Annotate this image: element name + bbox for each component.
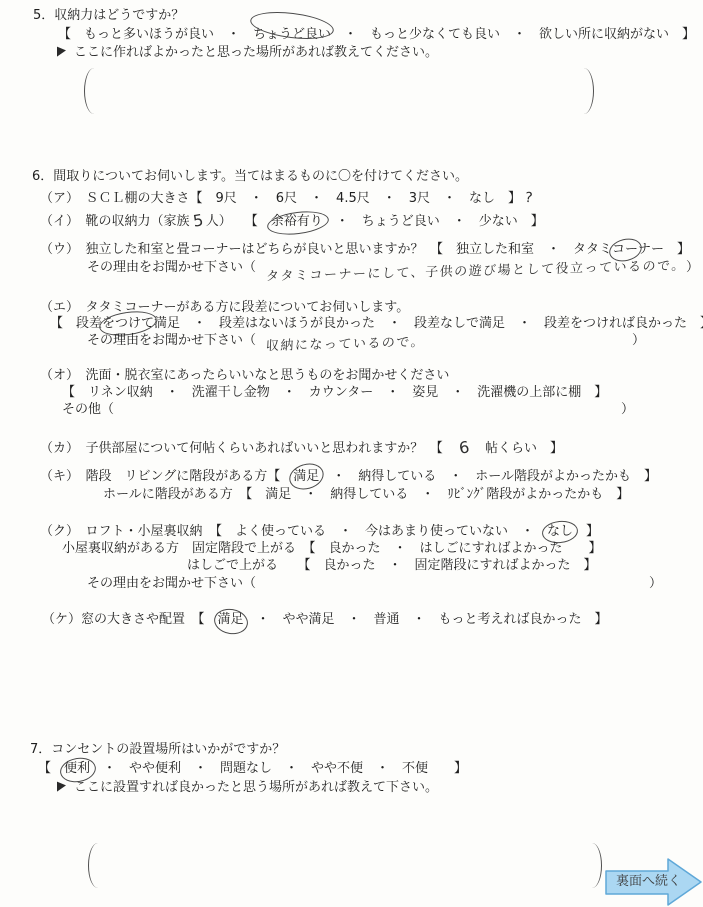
- q6-a-handwritten-mark: ?: [520, 189, 535, 208]
- questionnaire-page: 5．収納力はどうですか？ 【 もっと多いほうが良い ・ ちょうど良い ・ もっと…: [0, 0, 703, 907]
- q6-item-ka: （カ） 子供部屋について何帖くらいあればいいと思われますか？ 【 6 帖くらい …: [40, 437, 563, 457]
- q6-u-reason-row: その理由をお聞かせ下さい（ タタミコーナーにして、子供の遊び場として役立っている…: [87, 260, 649, 276]
- arrow-bullet-icon: [57, 780, 66, 791]
- q5-prompt: ここに作ればよかったと思った場所があれば教えてください。: [57, 45, 438, 61]
- q6-item-ku-line2: 小屋裏収納がある方 固定階段で上がる 【 良かった ・ はしごにすればよかった …: [62, 541, 602, 557]
- q5-answer-paren-close: [580, 68, 594, 114]
- q6-ku-circled-option: なし: [547, 524, 573, 540]
- q7-options: 【 便利 ・ やや便利 ・ 問題なし ・ やや不便 ・ 不便 】: [38, 761, 467, 777]
- q6-ke-circled-option: 満足: [218, 612, 244, 628]
- q6-item-ki-line1: （キ） 階段 リビングに階段がある方【 満足 ・ 納得している ・ ホール階段が…: [40, 469, 657, 485]
- q6-e-reason-handwriting: 収納になっているので。: [266, 335, 426, 355]
- q6-item-e-header: （エ） タタミコーナーがある方に段差についてお伺いします。: [40, 300, 409, 316]
- q6-item-ke: （ケ）窓の大きさや配置 【 満足 ・ やや満足 ・ 普通 ・ もっと考えれば良か…: [42, 612, 608, 628]
- q6-item-ku-line1: （ク） ロフト・小屋裏収納 【 よく使っている ・ 今はあまり使っていない ・ …: [40, 524, 599, 540]
- q5-options: 【 もっと多いほうが良い ・ ちょうど良い ・ もっと少なくても良い ・ 欲しい…: [58, 27, 695, 43]
- q5-answer-paren-open: [84, 68, 98, 114]
- q5-circled-option: ちょうど良い: [253, 27, 331, 43]
- q6-item-e-options: 【 段差をつけて満足 ・ 段差はないほうが良かった ・ 段差なしで満足 ・ 段差…: [50, 316, 703, 332]
- q6-item-ki-line2: ホールに階段がある方 【 満足 ・ 納得している ・ ﾘﾋﾞﾝｸﾞ階段がよかった…: [103, 487, 629, 503]
- q6-item-a: （ア） ＳＣＬ棚の大きさ【 9尺 ・ 6尺 ・ 4.5尺 ・ 3尺 ・ なし 】…: [40, 190, 534, 208]
- q5-options-pre: 【 もっと多いほうが良い ・: [58, 27, 253, 42]
- q7-circled-option: 便利: [64, 761, 90, 777]
- q6-title: 6．間取りについてお伺いします。当てはまるものに〇を付けてください。: [32, 169, 468, 185]
- q6-item-u: （ウ） 独立した和室と畳コーナーはどちらが良いと思いますか？ 【 独立した和室 …: [40, 242, 690, 258]
- q5-title: 5．収納力はどうですか？: [33, 8, 184, 24]
- q6-ku-reason-row: その理由をお聞かせ下さい（ ）: [87, 576, 662, 592]
- q6-u-circled-option: コー: [612, 242, 638, 258]
- q6-i-circled-option: 余裕有り: [271, 214, 323, 230]
- q6-u-reason-handwriting: タタミコーナーにして、子供の遊び場として役立っているので。: [266, 258, 687, 285]
- q6-i-handwritten-number: 5: [188, 210, 207, 232]
- q7-answer-paren-open: [88, 843, 102, 888]
- q5-options-post: ・ もっと少なくても良い ・ 欲しい所に収納がない 】: [331, 27, 695, 42]
- q7-answer-paren-close: [588, 843, 602, 888]
- q6-e-reason-row: その理由をお聞かせ下さい（ 収納になっているので。 ）: [87, 333, 645, 349]
- q6-item-i: （イ） 靴の収納力（家族5人） 【 余裕有り ・ ちょうど良い ・ 少ない 】: [40, 210, 544, 230]
- q6-item-ku-line3: はしごで上がる 【 良かった ・ 固定階段にすればよかった 】: [187, 558, 597, 574]
- q6-e-circled-option: をつけて: [102, 316, 154, 332]
- continue-label: 裏面へ続く: [616, 874, 678, 890]
- q6-o-other-row: その他（ ）: [62, 402, 634, 418]
- q7-prompt: ここに設置すれば良かったと思う場所があれば教えて下さい。: [57, 780, 438, 796]
- q6-ka-handwritten-number: 6: [454, 437, 473, 459]
- q6-ki-circled-option: 満足: [293, 469, 319, 485]
- arrow-bullet-icon: [57, 45, 66, 56]
- q6-item-o-options: 【 リネン収納 ・ 洗濯干し金物 ・ カウンター ・ 姿見 ・ 洗濯機の上部に棚…: [62, 385, 607, 401]
- q7-title: 7．コンセントの設置場所はいかがですか？: [30, 742, 285, 758]
- q6-item-o-header: （オ） 洗面・脱衣室にあったらいいなと思うものをお聞かせください: [40, 368, 449, 384]
